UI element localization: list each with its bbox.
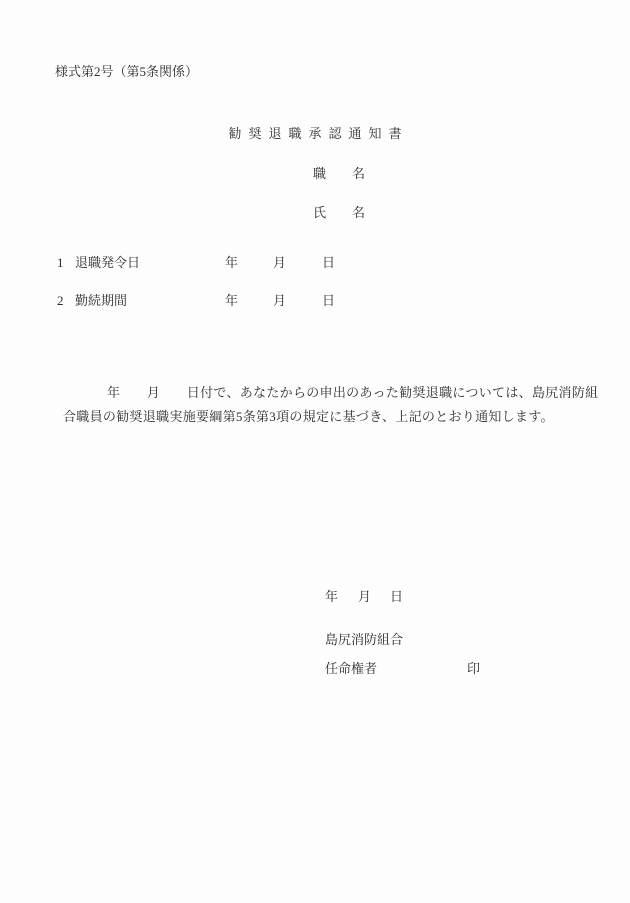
month-label: 月: [273, 294, 286, 309]
month-label: 月: [358, 590, 371, 605]
seal-label: 印: [467, 662, 480, 677]
item-number: 2: [57, 294, 64, 309]
item-row-service-period: 2 勤続期間 年 月 日: [0, 294, 630, 311]
item-row-retirement-order-date: 1 退職発令日 年 月 日: [0, 256, 630, 273]
item-label: 勤続期間: [75, 294, 127, 309]
year-label: 年: [225, 256, 238, 271]
day-label: 日: [322, 294, 335, 309]
document-page: 様式第2号（第5条関係） 勧奨退職承認通知書 職 名 氏 名 1 退職発令日 年…: [0, 0, 630, 903]
year-label: 年: [225, 294, 238, 309]
item-number: 1: [57, 256, 64, 271]
appointer-label: 任命権者: [325, 662, 377, 677]
recipient-name-label: 氏 名: [313, 206, 365, 221]
body-text-line-2: 合職員の勧奨退職実施要綱第5条第3項の規定に基づき、上記のとおり通知します。: [63, 410, 554, 425]
year-label: 年: [325, 590, 338, 605]
organization-name: 島尻消防組合: [325, 633, 403, 648]
day-label: 日: [390, 590, 403, 605]
body-text-line-1: 年 月 日付で、あなたからの申出のあった勧奨退職については、島尻消防組: [107, 386, 598, 401]
item-label: 退職発令日: [75, 256, 140, 271]
day-label: 日: [322, 256, 335, 271]
month-label: 月: [273, 256, 286, 271]
form-number: 様式第2号（第5条関係）: [55, 65, 198, 80]
footer-date-row: 年 月 日: [0, 590, 630, 607]
document-title: 勧奨退職承認通知書: [0, 127, 630, 142]
recipient-position-label: 職 名: [313, 167, 365, 182]
